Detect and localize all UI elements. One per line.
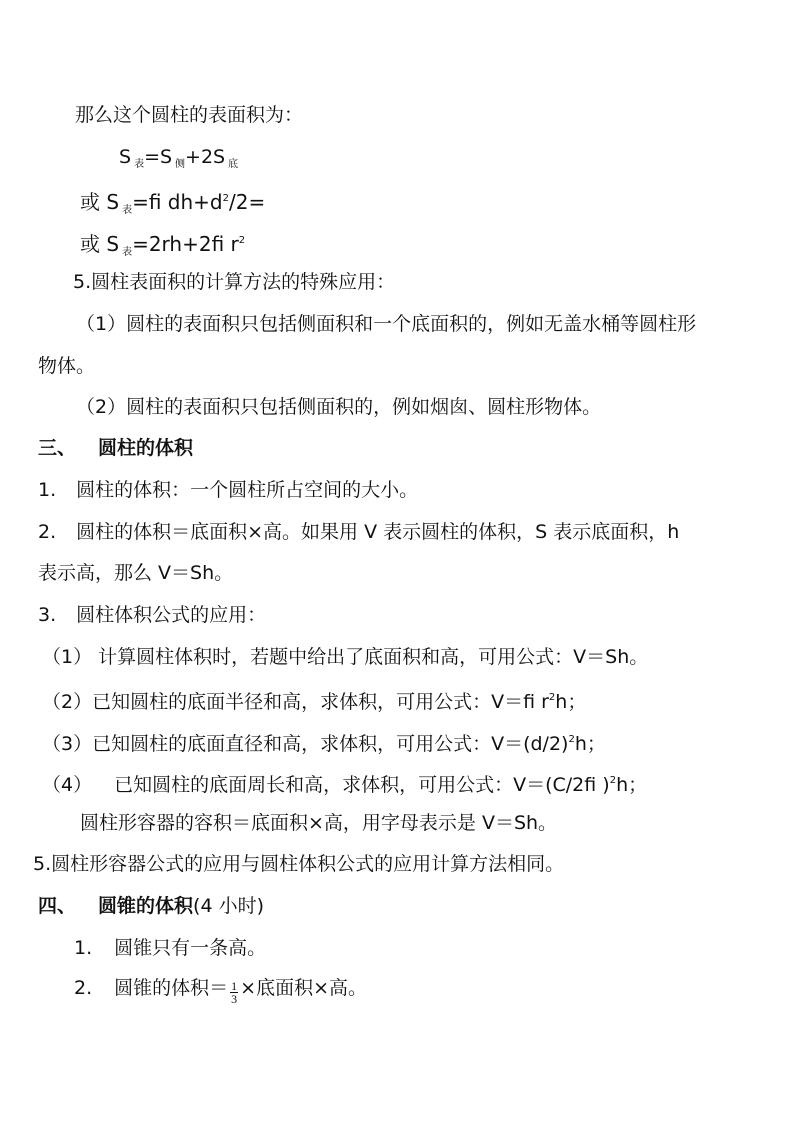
special-2-text: （2）圆柱的表面积只包括侧面积的，例如烟囱、圆柱形物体。	[76, 396, 601, 418]
formula-prefix: 或 S	[80, 232, 119, 256]
fraction-one-third: 13	[230, 980, 238, 1005]
formula-part: =S	[144, 146, 172, 168]
section-4-heading: 四、圆锥的体积(4 小时)	[38, 894, 264, 918]
special-1-text: （1）圆柱的表面积只包括侧面积和一个底面积的，例如无盖水桶等圆柱形	[76, 313, 696, 335]
item-text: 圆锥只有一条高。	[114, 937, 266, 959]
subscript: 表	[122, 247, 132, 258]
special-title-text: 5.圆柱表面积的计算方法的特殊应用：	[73, 271, 395, 293]
item-text: 圆锥的体积＝	[114, 977, 228, 999]
item-text: 圆柱的体积＝底面积×高。如果用 V 表示圆柱的体积，S 表示底面积，h	[76, 521, 679, 543]
subscript: 底	[228, 159, 238, 170]
section-3-item-3: 3.圆柱体积公式的应用：	[38, 603, 266, 627]
section-title: 圆锥的体积	[98, 895, 193, 917]
special-1-text-cont: 物体。	[38, 355, 95, 377]
section-number: 四、	[38, 895, 76, 917]
subscript: 表	[122, 205, 132, 216]
intro-text: 那么这个圆柱的表面积为：	[75, 104, 303, 126]
formula-part: /2=	[229, 190, 265, 214]
application-2: （2）已知圆柱的底面半径和高，求体积，可用公式：V＝ﬁ r2h；	[42, 686, 586, 710]
application-text-tail: h；	[555, 691, 586, 713]
section-3-item-2-cont: 表示高，那么 V＝Sh。	[38, 561, 233, 585]
section-4-item-2: 2.圆锥的体积＝13×底面积×高。	[74, 976, 367, 1000]
formula-surface-total: S表=S侧+2S底	[119, 145, 238, 169]
section-3-item-5: 5.圆柱形容器公式的应用与圆柱体积公式的应用计算方法相同。	[33, 852, 564, 876]
application-text-tail: h；	[575, 733, 606, 755]
item-text-tail: ×底面积×高。	[240, 977, 367, 999]
section-3-heading: 三、圆柱的体积	[38, 436, 193, 460]
section-3-item-1: 1.圆柱的体积：一个圆柱所占空间的大小。	[38, 478, 418, 502]
special-application-title: 5.圆柱表面积的计算方法的特殊应用：	[73, 270, 395, 294]
section-number: 三、	[38, 437, 76, 459]
application-number: （4）	[42, 774, 92, 796]
formula-surface-radius: 或 S表=2rh+2ﬁ r2	[80, 229, 245, 253]
item-text: 圆柱体积公式的应用：	[76, 604, 266, 626]
item-text: 圆柱的体积：一个圆柱所占空间的大小。	[76, 479, 418, 501]
item-text: 5.圆柱形容器公式的应用与圆柱体积公式的应用计算方法相同。	[33, 853, 564, 875]
item-number: 1.	[74, 937, 92, 959]
section-3-item-2: 2.圆柱的体积＝底面积×高。如果用 V 表示圆柱的体积，S 表示底面积，h	[38, 520, 679, 544]
subscript: 表	[134, 159, 144, 170]
subscript: 侧	[175, 159, 185, 170]
application-1: （1） 计算圆柱体积时，若题中给出了底面积和高，可用公式：V＝Sh。	[42, 645, 648, 669]
application-text: （2）已知圆柱的底面半径和高，求体积，可用公式：V＝ﬁ r	[42, 691, 549, 713]
special-application-1-cont: 物体。	[38, 354, 95, 378]
surface-area-intro: 那么这个圆柱的表面积为：	[75, 103, 303, 127]
item-text-cont: 表示高，那么 V＝Sh。	[38, 562, 233, 584]
formula-part: =ﬁ dh+d	[132, 190, 223, 214]
item-number: 1.	[38, 479, 56, 501]
container-text: 圆柱形容器的容积＝底面积×高，用字母表示是 V＝Sh。	[80, 812, 557, 834]
container-volume: 圆柱形容器的容积＝底面积×高，用字母表示是 V＝Sh。	[80, 811, 557, 835]
section-hours: (4 小时)	[193, 895, 264, 917]
formula-part: =2rh+2ﬁ r	[132, 232, 239, 256]
item-number: 3.	[38, 604, 56, 626]
section-4-item-1: 1.圆锥只有一条高。	[74, 936, 266, 960]
fraction-denominator: 3	[230, 993, 238, 1005]
formula-prefix: 或 S	[80, 190, 119, 214]
item-number: 2.	[74, 977, 92, 999]
special-application-2: （2）圆柱的表面积只包括侧面积的，例如烟囱、圆柱形物体。	[76, 395, 601, 419]
formula-symbol: S	[119, 146, 131, 168]
application-4: （4）已知圆柱的底面周长和高，求体积，可用公式：V＝(C/2ﬁ )2h；	[42, 769, 647, 793]
formula-part: +2S	[185, 146, 225, 168]
formula-surface-diameter: 或 S表=ﬁ dh+d2/2=	[80, 187, 265, 211]
application-text: 已知圆柱的底面周长和高，求体积，可用公式：V＝(C/2ﬁ )	[114, 774, 610, 796]
special-application-1: （1）圆柱的表面积只包括侧面积和一个底面积的，例如无盖水桶等圆柱形	[76, 312, 696, 336]
item-number: 2.	[38, 521, 56, 543]
application-3: （3）已知圆柱的底面直径和高，求体积，可用公式：V＝(d/2)2h；	[42, 728, 606, 752]
section-title: 圆柱的体积	[98, 437, 193, 459]
application-text: （1） 计算圆柱体积时，若题中给出了底面积和高，可用公式：V＝Sh。	[42, 646, 648, 668]
superscript: 2	[239, 235, 245, 246]
application-text-tail: h；	[616, 774, 647, 796]
application-text: （3）已知圆柱的底面直径和高，求体积，可用公式：V＝(d/2)	[42, 733, 568, 755]
